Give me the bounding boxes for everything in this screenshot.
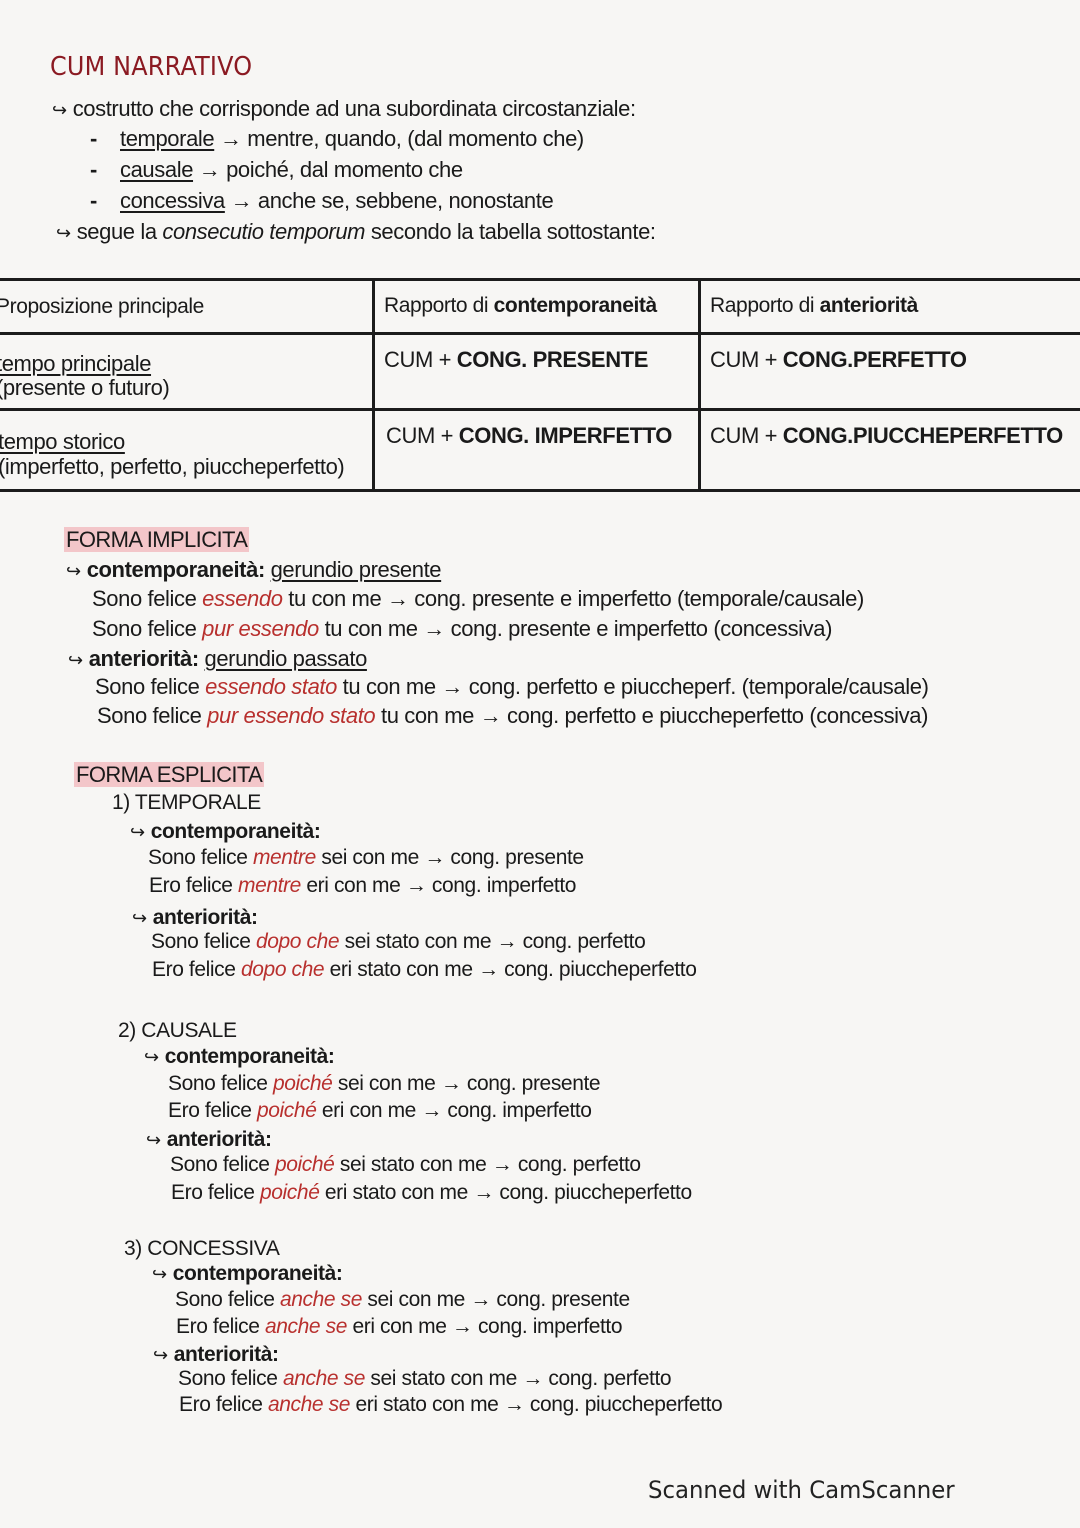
example-line: Sono felice pur essendo tu con me → cong… — [92, 616, 832, 642]
concessiva-contemp-label: ↪contemporaneità: — [152, 1262, 342, 1286]
causale-contemp-label: ↪contemporaneità: — [144, 1045, 334, 1069]
table-border — [0, 278, 1080, 281]
example-line: Sono felice essendo stato tu con me → co… — [95, 674, 929, 700]
section-causale-title: 2) CAUSALE — [118, 1019, 237, 1043]
temporale-contemp-label: ↪contemporaneità: — [130, 820, 320, 844]
example-line: Sono felice anche se sei con me → cong. … — [175, 1288, 630, 1312]
table-border — [372, 278, 375, 492]
bullet-dash-icon: - — [90, 157, 120, 183]
hook-arrow-icon: ↪ — [153, 1345, 168, 1365]
hook-arrow-icon: ↪ — [130, 822, 145, 842]
example-line: Sono felice anche se sei stato con me → … — [178, 1367, 671, 1391]
table-row-storico-label: tempo storico (imperfetto, perfetto, piu… — [0, 428, 344, 481]
table-cell-cong-imperfetto: CUM + CONG. IMPERFETTO — [386, 422, 672, 450]
example-line: Sono felice poiché sei con me → cong. pr… — [168, 1072, 600, 1096]
esplicita-heading: FORMA ESPLICITA — [74, 762, 264, 788]
implicita-anter-label: ↪anteriorità: gerundio passato — [68, 646, 367, 672]
scanner-watermark: Scanned with CamScanner — [648, 1476, 955, 1504]
example-line: Sono felice essendo tu con me → cong. pr… — [92, 586, 864, 612]
table-cell-cong-piuccheperfetto: CUM + CONG.PIUCCHEPERFETTO — [710, 422, 1063, 450]
consecutio-line: ↪segue la consecutio temporum secondo la… — [56, 219, 656, 245]
concessiva-anter-label: ↪anteriorità: — [153, 1343, 279, 1367]
table-cell-cong-presente: CUM + CONG. PRESENTE — [384, 346, 648, 374]
hook-arrow-icon: ↪ — [132, 908, 147, 928]
causale-anter-label: ↪anteriorità: — [146, 1128, 272, 1152]
example-line: Sono felice mentre sei con me → cong. pr… — [148, 846, 584, 870]
table-border — [0, 332, 1080, 335]
type-item-causale: -causale → poiché, dal momento che — [90, 157, 463, 183]
definition-line: ↪costrutto che corrisponde ad una subord… — [52, 96, 636, 122]
implicita-contemp-label: ↪contemporaneità: gerundio presente — [66, 557, 441, 583]
type-item-concessiva: -concessiva → anche se, sebbene, nonosta… — [90, 188, 553, 214]
section-temporale-title: 1) TEMPORALE — [112, 791, 261, 815]
implicita-heading: FORMA IMPLICITA — [64, 527, 249, 553]
page-title: CUM NARRATIVO — [50, 52, 252, 82]
hook-arrow-icon: ↪ — [152, 1264, 167, 1284]
example-line: Ero felice anche se eri con me → cong. i… — [176, 1315, 622, 1339]
example-line: Ero felice anche se eri stato con me → c… — [179, 1393, 722, 1417]
table-header-contemporaneita: Rapporto di contemporaneità — [384, 292, 657, 320]
table-header-principale: Proposizione principale — [0, 293, 204, 321]
bullet-dash-icon: - — [90, 188, 120, 214]
example-line: Ero felice poiché eri stato con me → con… — [171, 1181, 692, 1205]
example-line: Ero felice dopo che eri stato con me → c… — [152, 958, 697, 982]
table-header-anteriorita: Rapporto di anteriorità — [710, 292, 918, 320]
type-item-temporale: -temporale → mentre, quando, (dal moment… — [90, 126, 584, 152]
hook-arrow-icon: ↪ — [66, 561, 81, 581]
table-border — [0, 408, 1080, 411]
hook-arrow-icon: ↪ — [144, 1047, 159, 1067]
example-line: Ero felice mentre eri con me → cong. imp… — [149, 874, 576, 898]
table-row-principale-label: tempo principale (presente o futuro) — [0, 350, 169, 402]
hook-arrow-icon: ↪ — [52, 100, 67, 120]
section-concessiva-title: 3) CONCESSIVA — [124, 1237, 279, 1261]
example-line: Sono felice poiché sei stato con me → co… — [170, 1153, 641, 1177]
hook-arrow-icon: ↪ — [146, 1130, 161, 1150]
consecutio-table: Proposizione principale Rapporto di cont… — [0, 278, 1080, 492]
table-cell-cong-perfetto: CUM + CONG.PERFETTO — [710, 346, 967, 374]
example-line: Sono felice dopo che sei stato con me → … — [151, 930, 645, 954]
bullet-dash-icon: - — [90, 126, 120, 152]
table-border — [0, 489, 1080, 492]
table-border — [698, 278, 701, 492]
hook-arrow-icon: ↪ — [56, 223, 71, 243]
temporale-anter-label: ↪anteriorità: — [132, 906, 258, 930]
hook-arrow-icon: ↪ — [68, 650, 83, 670]
example-line: Sono felice pur essendo stato tu con me … — [97, 703, 928, 729]
example-line: Ero felice poiché eri con me → cong. imp… — [168, 1099, 592, 1123]
